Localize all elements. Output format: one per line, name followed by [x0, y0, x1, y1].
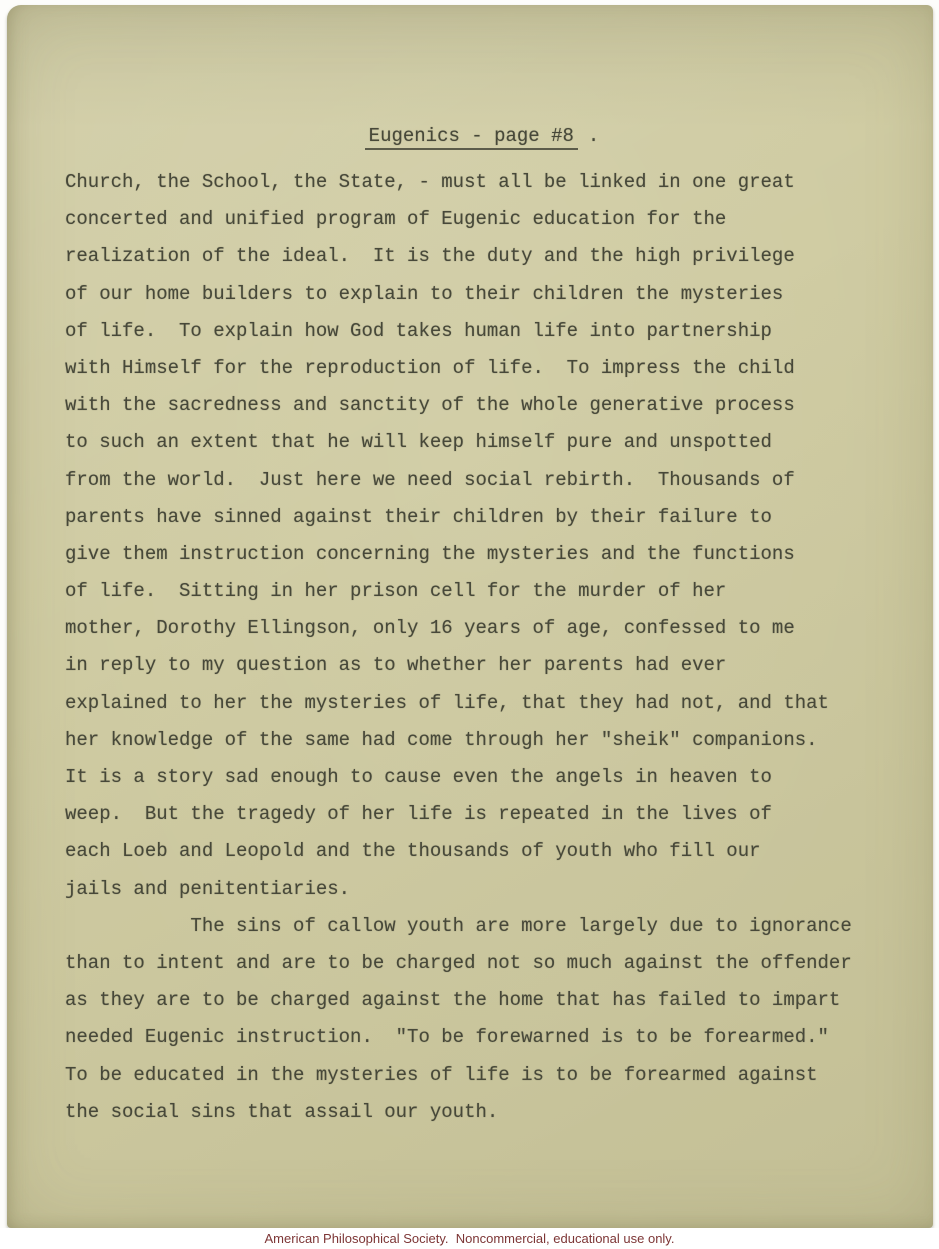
text-line: with the sacredness and sanctity of the …	[65, 387, 899, 424]
text-line: realization of the ideal. It is the duty…	[65, 238, 899, 275]
page-title-text: Eugenics - page #8	[365, 125, 578, 150]
text-line: her knowledge of the same had come throu…	[65, 722, 899, 759]
text-line: The sins of callow youth are more largel…	[65, 908, 899, 945]
text-line: mother, Dorothy Ellingson, only 16 years…	[65, 610, 899, 647]
text-line: concerted and unified program of Eugenic…	[65, 201, 899, 238]
paper-sheet: Eugenics - page #8. Church, the School, …	[7, 5, 933, 1228]
text-line: each Loeb and Leopold and the thousands …	[65, 833, 899, 870]
text-line: parents have sinned against their childr…	[65, 499, 899, 536]
typewritten-body: Church, the School, the State, - must al…	[65, 164, 899, 1131]
text-line: than to intent and are to be charged not…	[65, 945, 899, 982]
text-line: with Himself for the reproduction of lif…	[65, 350, 899, 387]
attribution-text: American Philosophical Society. Noncomme…	[265, 1231, 675, 1246]
typewritten-content: Eugenics - page #8. Church, the School, …	[65, 125, 899, 1131]
text-line: as they are to be charged against the ho…	[65, 982, 899, 1019]
text-line: in reply to my question as to whether he…	[65, 647, 899, 684]
text-line: Church, the School, the State, - must al…	[65, 164, 899, 201]
attribution-bar: American Philosophical Society. Noncomme…	[0, 1228, 939, 1249]
page-title-period: .	[588, 125, 599, 147]
text-line: give them instruction concerning the mys…	[65, 536, 899, 573]
text-line: needed Eugenic instruction. "To be forew…	[65, 1019, 899, 1056]
text-line: explained to her the mysteries of life, …	[65, 685, 899, 722]
text-line: to such an extent that he will keep hims…	[65, 424, 899, 461]
text-line: of our home builders to explain to their…	[65, 276, 899, 313]
text-line: It is a story sad enough to cause even t…	[65, 759, 899, 796]
text-line: weep. But the tragedy of her life is rep…	[65, 796, 899, 833]
text-line: of life. Sitting in her prison cell for …	[65, 573, 899, 610]
text-line: To be educated in the mysteries of life …	[65, 1057, 899, 1094]
text-line: jails and penitentiaries.	[65, 871, 899, 908]
text-line: from the world. Just here we need social…	[65, 462, 899, 499]
page-title: Eugenics - page #8.	[65, 125, 899, 159]
text-line: the social sins that assail our youth.	[65, 1094, 899, 1131]
text-line: of life. To explain how God takes human …	[65, 313, 899, 350]
